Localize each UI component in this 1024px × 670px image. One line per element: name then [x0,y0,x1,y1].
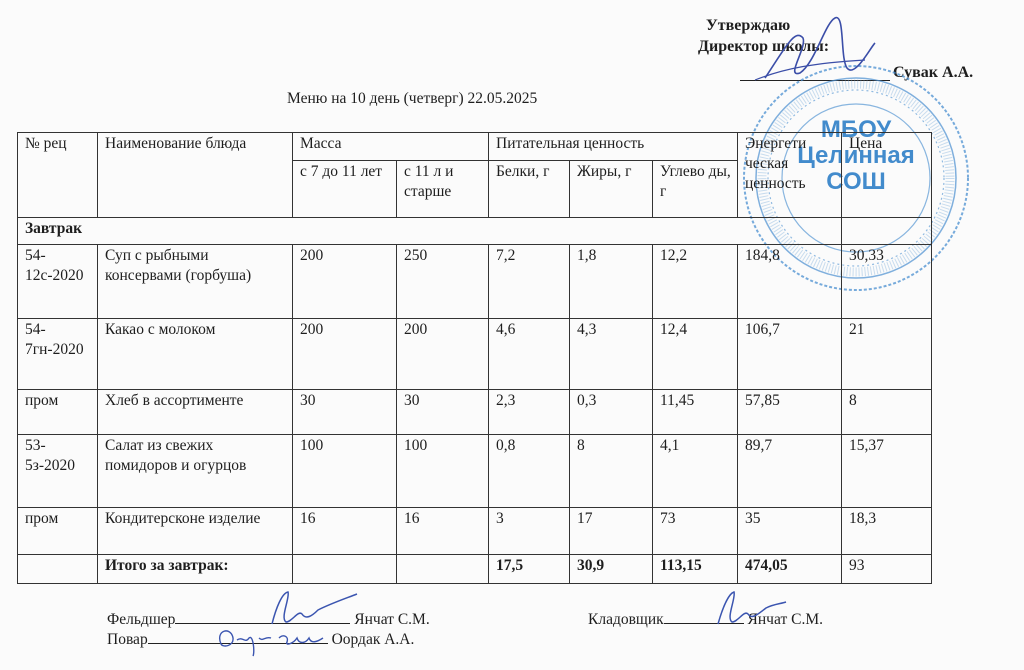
page-title: Меню на 10 день (четверг) 22.05.2025 [287,90,537,108]
cell-carbs: 12,4 [653,319,738,390]
cell-mass-7-11: 30 [293,390,397,435]
total-price: 93 [842,555,932,584]
cell-name: Хлеб в ассортименте [98,390,293,435]
cell-mass-7-11: 100 [293,435,397,508]
paramedic-role: Фельдшер [107,611,175,628]
table-row: 54-12с-2020Суп с рыбными консервами (гор… [18,245,932,319]
cell-fat: 8 [570,435,653,508]
cell-energy: 184,8 [738,245,842,319]
header-mass-7-11: с 7 до 11 лет [293,161,397,218]
section-empty-cell [842,218,932,245]
total-empty-mass1 [293,555,397,584]
header-mass: Масса [293,133,489,161]
menu-table: № рец Наименование блюда Масса Питательн… [17,132,932,584]
total-label: Итого за завтрак: [98,555,293,584]
header-fat: Жиры, г [570,161,653,218]
cell-energy: 35 [738,508,842,555]
total-row: Итого за завтрак: 17,5 30,9 113,15 474,0… [18,555,932,584]
cell-mass-11-plus: 250 [397,245,489,319]
table-row: 54-7гн-2020Какао с молоком2002004,64,312… [18,319,932,390]
cell-mass-11-plus: 200 [397,319,489,390]
table-row: промХлеб в ассортименте30302,30,311,4557… [18,390,932,435]
cell-protein: 0,8 [489,435,570,508]
cook-signature-icon [213,622,333,658]
table-row: 53-5з-2020Салат из свежих помидоров и ог… [18,435,932,508]
cell-protein: 4,6 [489,319,570,390]
cell-mass-7-11: 200 [293,245,397,319]
director-signature-icon [745,8,885,88]
cell-energy: 106,7 [738,319,842,390]
cell-carbs: 73 [653,508,738,555]
header-recipe-no: № рец [18,133,98,218]
cell-name: Кондитерсконе изделие [98,508,293,555]
cell-energy: 57,85 [738,390,842,435]
header-energy: Энергети ческая ценность [738,133,842,218]
cell-carbs: 11,45 [653,390,738,435]
header-nutrition: Питательная ценность [489,133,738,161]
cell-fat: 17 [570,508,653,555]
cell-recipe: 53-5з-2020 [18,435,98,508]
header-carbs: Углево ды, г [653,161,738,218]
cell-mass-7-11: 200 [293,319,397,390]
cell-recipe: пром [18,508,98,555]
total-empty-mass2 [397,555,489,584]
cell-recipe: пром [18,390,98,435]
cell-protein: 2,3 [489,390,570,435]
section-title: Завтрак [18,218,842,245]
director-name: Сувак А.А. [893,64,973,82]
cell-carbs: 12,2 [653,245,738,319]
cook-name: Оордак А.А. [332,631,415,648]
cell-name: Суп с рыбными консервами (горбуша) [98,245,293,319]
cell-price: 15,37 [842,435,932,508]
header-dish-name: Наименование блюда [98,133,293,218]
total-carbs: 113,15 [653,555,738,584]
paramedic-name: Янчат С.М. [354,611,429,628]
cell-mass-11-plus: 16 [397,508,489,555]
cell-name: Салат из свежих помидоров и огурцов [98,435,293,508]
header-price: Цена [842,133,932,218]
cell-fat: 0,3 [570,390,653,435]
storekeeper-role: Кладовщик [588,611,664,628]
cell-price: 30,33 [842,245,932,319]
cook-role: Повар [107,631,148,648]
header-protein: Белки, г [489,161,570,218]
header-row: № рец Наименование блюда Масса Питательн… [18,133,932,161]
cell-price: 8 [842,390,932,435]
total-energy: 474,05 [738,555,842,584]
cell-recipe: 54-7гн-2020 [18,319,98,390]
cell-name: Какао с молоком [98,319,293,390]
cell-price: 18,3 [842,508,932,555]
menu-rows: 54-12с-2020Суп с рыбными консервами (гор… [18,245,932,555]
cell-protein: 3 [489,508,570,555]
cell-fat: 4,3 [570,319,653,390]
total-protein: 17,5 [489,555,570,584]
storekeeper-signature-icon [710,588,790,628]
cell-price: 21 [842,319,932,390]
total-empty-recipe [18,555,98,584]
cell-mass-11-plus: 100 [397,435,489,508]
cell-mass-7-11: 16 [293,508,397,555]
cell-protein: 7,2 [489,245,570,319]
cell-carbs: 4,1 [653,435,738,508]
total-fat: 30,9 [570,555,653,584]
cell-energy: 89,7 [738,435,842,508]
cell-mass-11-plus: 30 [397,390,489,435]
section-row-breakfast: Завтрак [18,218,932,245]
table-row: промКондитерсконе изделие1616317733518,3 [18,508,932,555]
header-mass-11-plus: с 11 л и старше [397,161,489,218]
cell-recipe: 54-12с-2020 [18,245,98,319]
cell-fat: 1,8 [570,245,653,319]
